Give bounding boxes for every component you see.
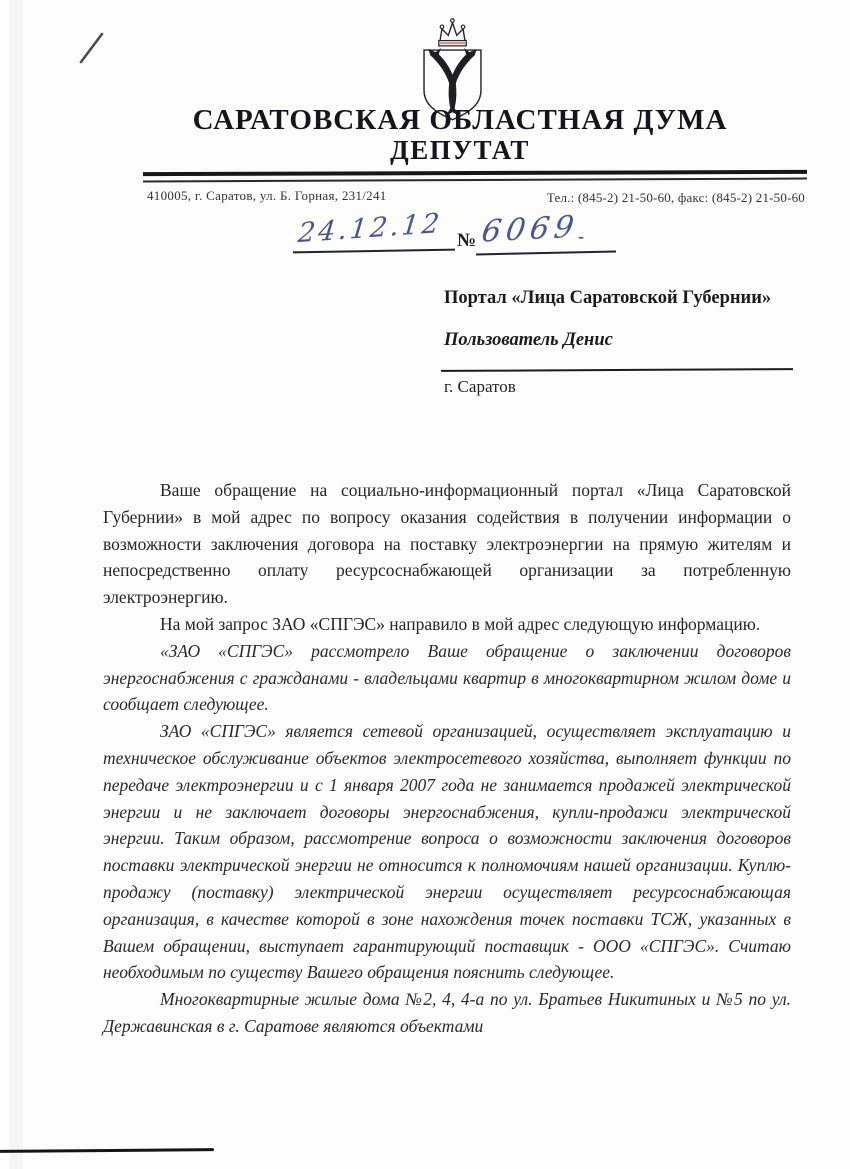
body-paragraph: На мой запрос ЗАО «СПГЭС» направило в мо… xyxy=(103,611,791,638)
body-paragraph: Ваше обращение на социально-информационн… xyxy=(103,477,791,611)
page-bottom-line xyxy=(0,1148,214,1153)
letterhead-address: 410005, г. Саратов, ул. Б. Горная, 231/2… xyxy=(147,188,387,204)
number-underline xyxy=(476,251,616,256)
scan-edge-band xyxy=(9,0,23,1169)
recipient-portal: Портал «Лица Саратовской Губернии» xyxy=(444,288,771,309)
letter-body: Ваше обращение на социально-информационн… xyxy=(103,477,791,1040)
recipient-rule xyxy=(441,368,793,372)
recipient-user: Пользователь Денис xyxy=(444,330,613,351)
body-paragraph: «ЗАО «СПГЭС» рассмотрело Ваше обращение … xyxy=(103,638,791,718)
dash-mark: - xyxy=(578,226,584,247)
deputy-role: ДЕПУТАТ xyxy=(110,135,810,166)
date-underline xyxy=(293,249,455,254)
organization-name: САРАТОВСКАЯ ОБЛАСТНАЯ ДУМА xyxy=(110,104,810,137)
body-paragraph: Многоквартирные жилые дома №2, 4, 4-а по… xyxy=(103,986,791,1040)
letterhead-phone-fax: Тел.: (845-2) 21-50-60, факс: (845-2) 21… xyxy=(547,190,805,206)
letter-number-handwritten: 6069 xyxy=(479,209,581,249)
body-paragraph: ЗАО «СПГЭС» является сетевой организацие… xyxy=(103,718,791,986)
header-rule-thin xyxy=(143,178,807,183)
recipient-city: г. Саратов xyxy=(444,377,516,397)
letter-page: САРАТОВСКАЯ ОБЛАСТНАЯ ДУМА ДЕПУТАТ 41000… xyxy=(0,0,850,1169)
header-rule-thick xyxy=(143,170,807,176)
letter-date-handwritten: 24.12.12 xyxy=(297,208,444,249)
pen-stroke-mark xyxy=(74,27,110,69)
number-sign: № xyxy=(457,230,476,252)
